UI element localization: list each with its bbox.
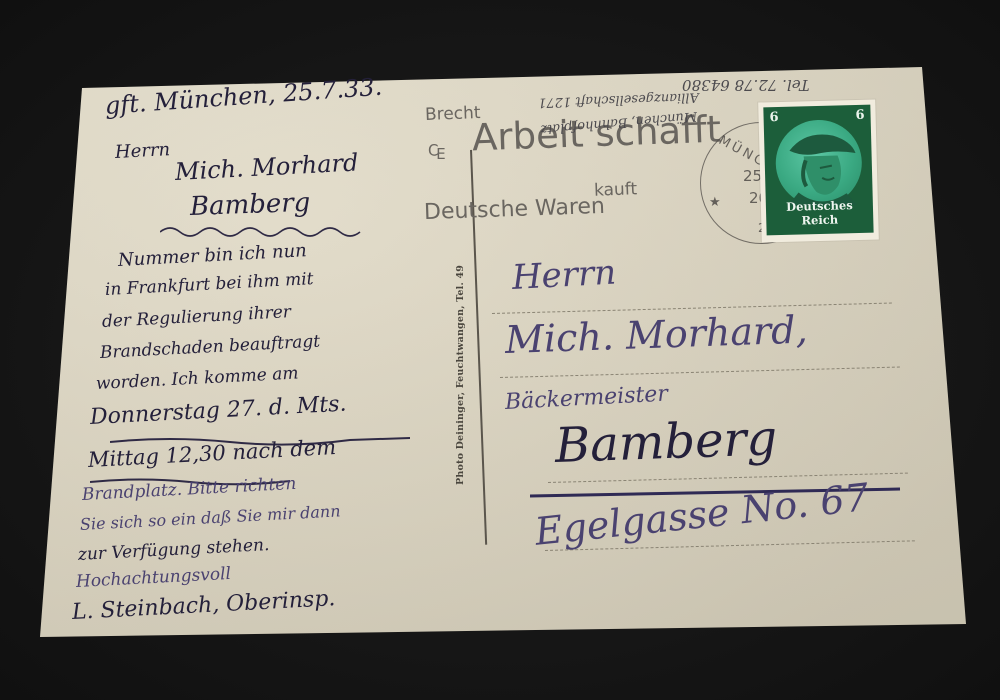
- pencil-note-phone: Tel. 72.78 64380: [682, 76, 809, 94]
- postmark-star-icon: ★: [709, 195, 721, 210]
- stamp-value-right: 6: [855, 108, 864, 123]
- postage-stamp: 6 6 Deutsches Reich: [758, 99, 879, 242]
- stamp-frame: 6 6 Deutsches Reich: [763, 105, 873, 236]
- address-greeting: Herrn: [511, 253, 617, 298]
- stamp-country-label: Deutsches Reich: [766, 198, 874, 229]
- message-recipient-city: Bamberg: [189, 188, 310, 222]
- wavy-underline: [160, 222, 420, 242]
- stamp-portrait-icon: [775, 119, 863, 207]
- stamp-value-left: 6: [769, 110, 778, 125]
- address-city: Bamberg: [554, 410, 778, 474]
- publisher-credit: Photo Deininger, Feuchtwangen, Tel. 49: [455, 265, 466, 485]
- message-recipient-greeting: Herrn: [114, 139, 170, 163]
- cancel-acorn-icon: ₠: [428, 140, 446, 164]
- portrait-icon: [775, 119, 863, 207]
